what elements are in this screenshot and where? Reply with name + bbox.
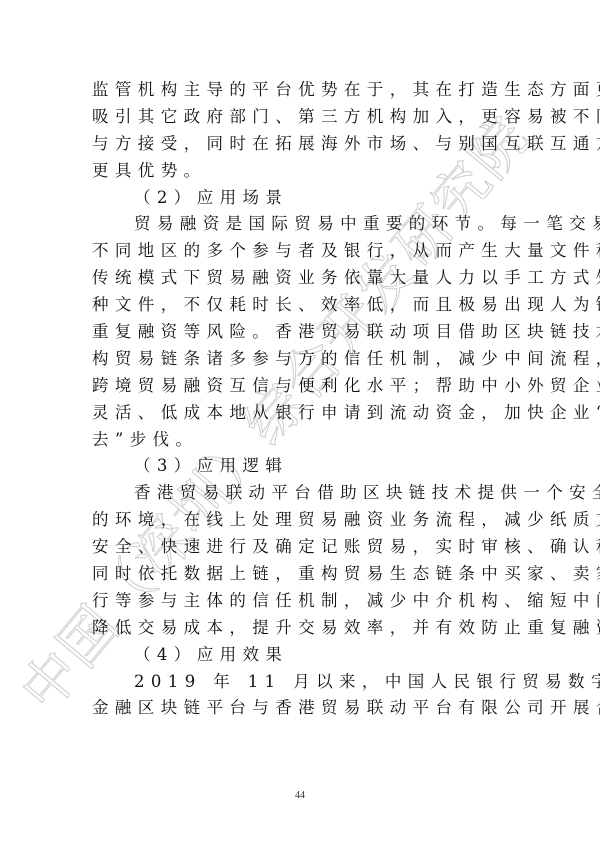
page-number: 44 xyxy=(0,790,600,801)
paragraph-line: 重复融资等风险。香港贸易联动项目借助区块链技术，重 xyxy=(92,319,512,346)
section-heading-application-effect: （4）应用效果 xyxy=(92,642,512,669)
paragraph-line: 贸易融资是国际贸易中重要的环节。每一笔交易涉及 xyxy=(92,211,512,238)
paragraph-line: 监管机构主导的平台优势在于，其在打造生态方面更容易 xyxy=(92,77,512,104)
document-page: 中国（深圳）综合开发研究院 监管机构主导的平台优势在于，其在打造生态方面更容易 … xyxy=(0,0,600,848)
paragraph-line: 更具优势。 xyxy=(92,158,512,185)
paragraph-line: 去”步伐。 xyxy=(92,427,512,454)
paragraph-line: 构贸易链条诸多参与方的信任机制，减少中间流程，提高 xyxy=(92,346,512,373)
paragraph-line: 行等参与主体的信任机制，减少中介机构、缩短中间流程， xyxy=(92,588,512,615)
paragraph-line: 吸引其它政府部门、第三方机构加入，更容易被不同的参 xyxy=(92,104,512,131)
paragraph-line: 不同地区的多个参与者及银行，从而产生大量文件和票据。 xyxy=(92,238,512,265)
paragraph-line: 灵活、低成本地从银行申请到流动资金，加快企业“走出 xyxy=(92,400,512,427)
paragraph-line: 安全、快速进行及确定记账贸易，实时审核、确认和结算； xyxy=(92,534,512,561)
paragraph-line: 同时依托数据上链，重构贸易生态链条中买家、卖家、银 xyxy=(92,561,512,588)
paragraph-line: 跨境贸易融资互信与便利化水平；帮助中小外贸企业快速、 xyxy=(92,373,512,400)
paragraph-line: 金融区块链平台与香港贸易联动平台有限公司开展合作， xyxy=(92,695,512,722)
paragraph-line: 2019 年 11 月以来，中国人民银行贸易数字货币研究所 xyxy=(92,669,512,696)
paragraph-line: 香港贸易联动平台借助区块链技术提供一个安全可信 xyxy=(92,480,512,507)
paragraph-line: 与方接受，同时在拓展海外市场、与别国互联互通方面也 xyxy=(92,131,512,158)
paragraph-line: 的环境，在线上处理贸易融资业务流程，减少纸质文件， xyxy=(92,507,512,534)
body-text: 监管机构主导的平台优势在于，其在打造生态方面更容易 吸引其它政府部门、第三方机构… xyxy=(92,77,512,722)
section-heading-application-scenario: （2）应用场景 xyxy=(92,185,512,212)
section-heading-application-logic: （3）应用逻辑 xyxy=(92,453,512,480)
paragraph-line: 传统模式下贸易融资业务依靠大量人力以手工方式处理各 xyxy=(92,265,512,292)
paragraph-line: 降低交易成本，提升交易效率，并有效防止重复融资。 xyxy=(92,615,512,642)
paragraph-line: 种文件，不仅耗时长、效率低，而且极易出现人为错误、 xyxy=(92,292,512,319)
